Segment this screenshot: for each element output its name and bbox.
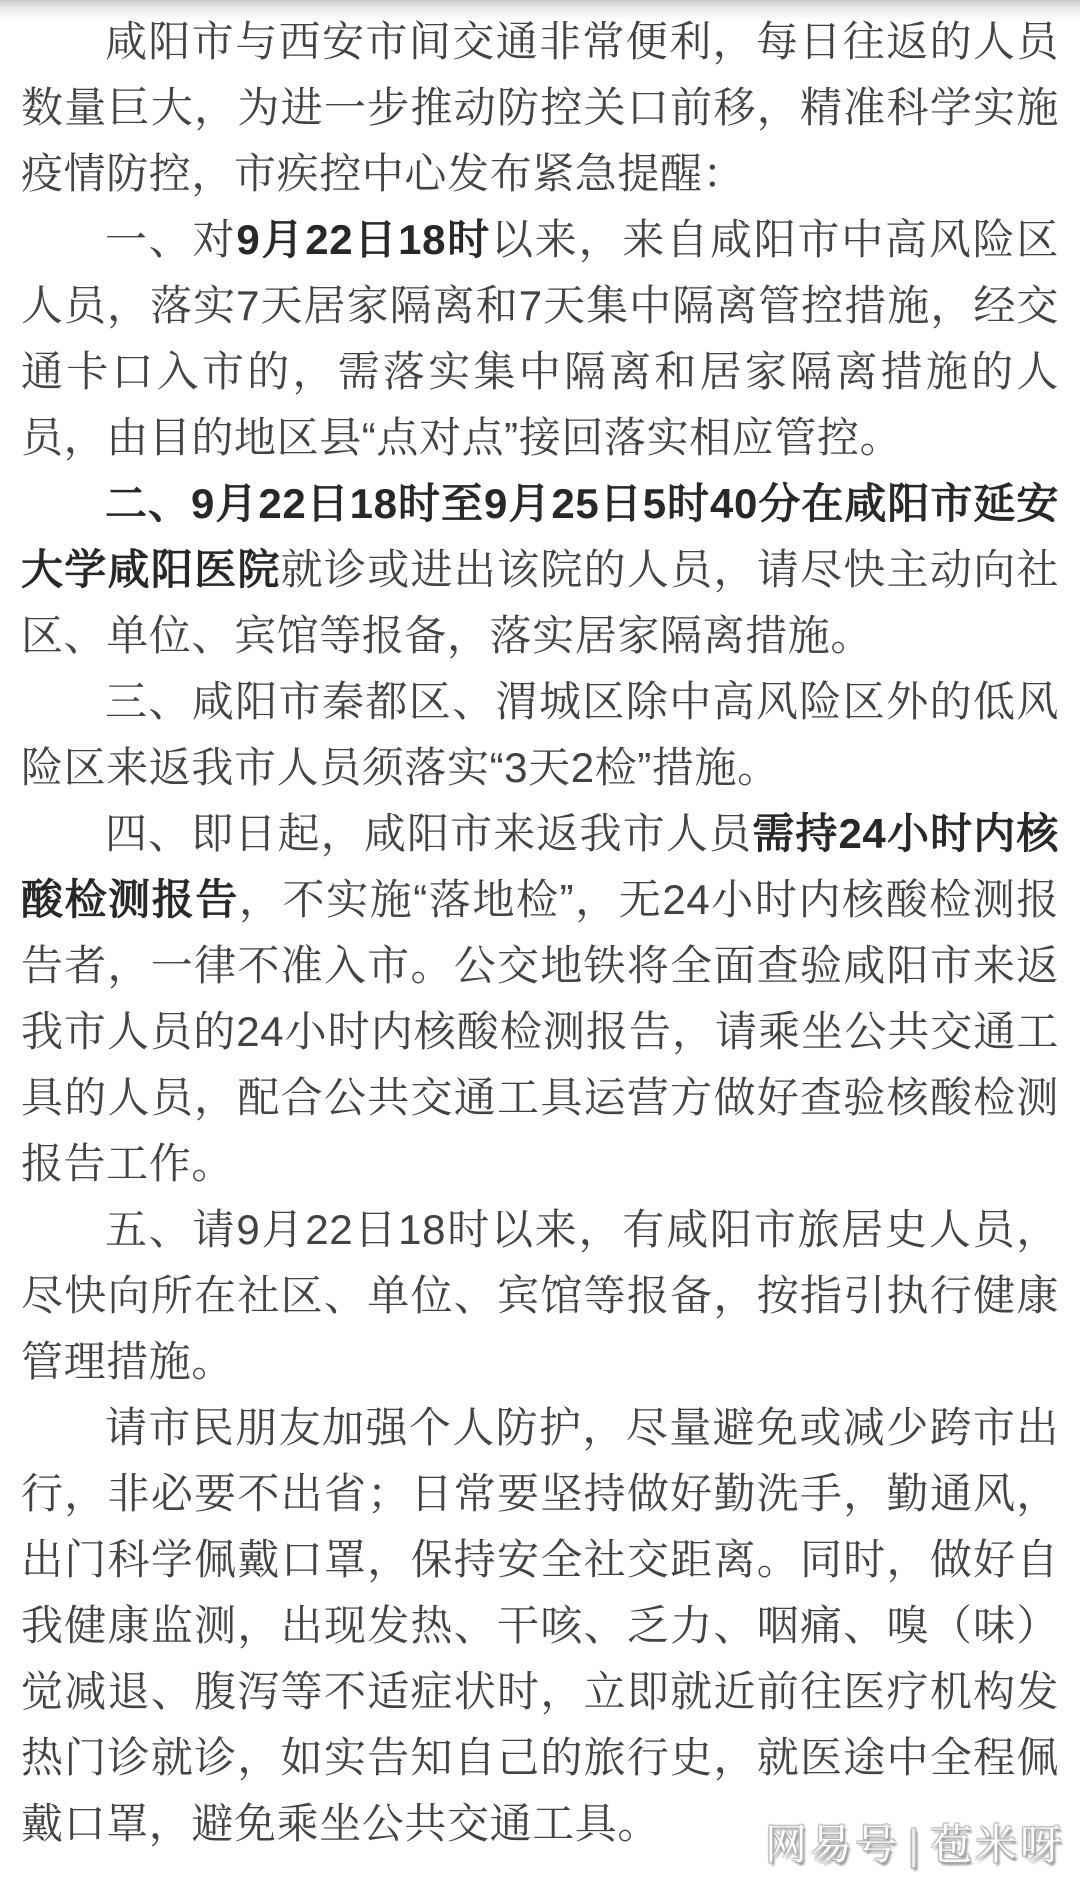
paragraph: 咸阳市与西安市间交通非常便利，每日往返的人员数量巨大，为进一步推动防控关口前移，… (21, 9, 1059, 207)
body-text: 四、即日起，咸阳市来返我市人员 (105, 810, 752, 857)
article-body: 咸阳市与西安市间交通非常便利，每日往返的人员数量巨大，为进一步推动防控关口前移，… (21, 9, 1059, 1857)
paragraph: 五、请9月22日18时以来，有咸阳市旅居史人员，尽快向所在社区、单位、宾馆等报备… (21, 1197, 1059, 1395)
paragraph: 请市民朋友加强个人防护，尽量避免或减少跨市出行，非必要不出省；日常要坚持做好勤洗… (21, 1395, 1059, 1857)
watermark-platform-label: 网易号 (765, 1821, 900, 1868)
body-text: 咸阳市与西安市间交通非常便利，每日往返的人员数量巨大，为进一步推动防控关口前移，… (21, 18, 1059, 197)
body-text: 五、请9月22日18时以来，有咸阳市旅居史人员，尽快向所在社区、单位、宾馆等报备… (21, 1206, 1059, 1385)
paragraph: 三、咸阳市秦都区、渭城区除中高风险区外的低风险区来返我市人员须落实“3天2检”措… (21, 669, 1059, 801)
watermark-separator: | (900, 1821, 930, 1868)
paragraph: 四、即日起，咸阳市来返我市人员需持24小时内核酸检测报告，不实施“落地检”，无2… (21, 801, 1059, 1197)
netease-watermark: 网易号|苞米呀 (765, 1812, 1065, 1872)
body-text: 请市民朋友加强个人防护，尽量避免或减少跨市出行，非必要不出省；日常要坚持做好勤洗… (21, 1404, 1059, 1847)
article-page: 咸阳市与西安市间交通非常便利，每日往返的人员数量巨大，为进一步推动防控关口前移，… (0, 0, 1080, 1881)
watermark-account-name: 苞米呀 (930, 1821, 1065, 1868)
body-text: 一、对 (105, 216, 236, 263)
paragraph: 一、对9月22日18时以来，来自咸阳市中高风险区人员，落实7天居家隔离和7天集中… (21, 207, 1059, 471)
paragraph: 二、9月22日18时至9月25日5时40分在咸阳市延安大学咸阳医院就诊或进出该院… (21, 471, 1059, 669)
body-text: 三、咸阳市秦都区、渭城区除中高风险区外的低风险区来返我市人员须落实“3天2检”措… (21, 678, 1059, 791)
emphasis-text: 9月22日18时 (236, 216, 491, 263)
